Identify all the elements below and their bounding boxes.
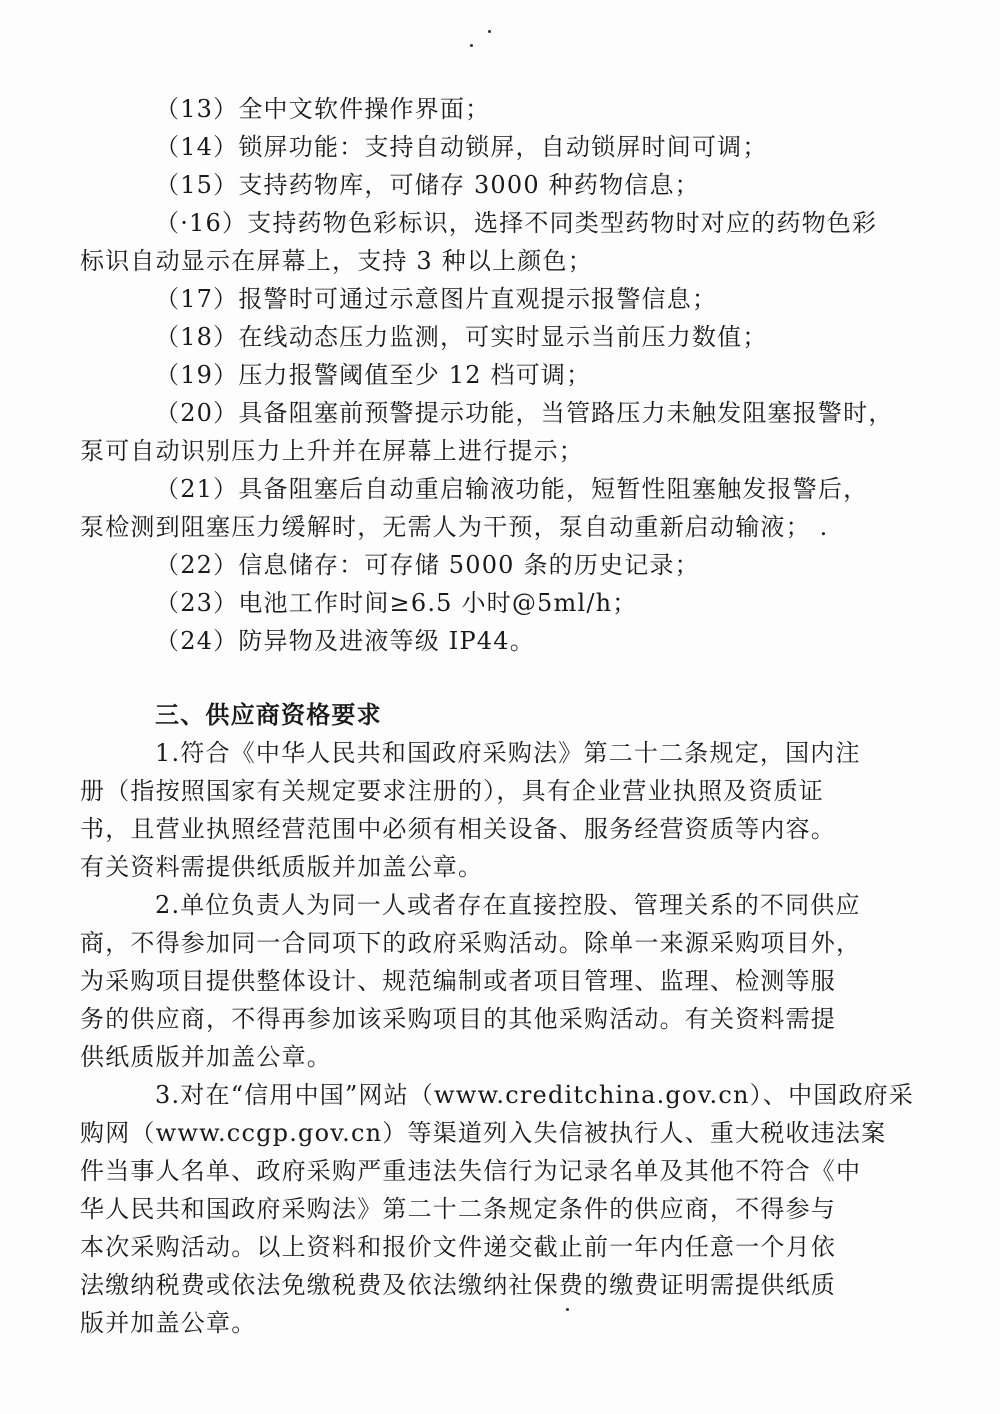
spec-item-16-cont: 标识自动显示在屏幕上，支持 3 种以上颜色； xyxy=(80,244,920,278)
spec-item-22: （22）信息储存：可存储 5000 条的历史记录； xyxy=(155,548,995,582)
para-3-line-5: 本次采购活动。以上资料和报价文件递交截止前一年内任意一个月依 xyxy=(80,1230,920,1264)
para-1-line-1: 1.符合《中华人民共和国政府采购法》第二十二条规定，国内注 xyxy=(155,736,995,770)
para-2-line-2: 商，不得参加同一合同项下的政府采购活动。除单一来源采购项目外， xyxy=(80,926,920,960)
spec-item-13: （13）全中文软件操作界面； xyxy=(155,92,995,126)
spec-item-18: （18）在线动态压力监测，可实时显示当前压力数值； xyxy=(155,320,995,354)
para-1-line-4: 有关资料需提供纸质版并加盖公章。 xyxy=(80,850,920,884)
scan-speck xyxy=(566,1308,569,1311)
spec-item-14: （14）锁屏功能：支持自动锁屏，自动锁屏时间可调； xyxy=(155,130,995,164)
spec-item-24: （24）防异物及进液等级 IP44。 xyxy=(155,624,995,658)
spec-item-20-cont: 泵可自动识别压力上升并在屏幕上进行提示； xyxy=(80,434,920,468)
para-2-line-1: 2.单位负责人为同一人或者存在直接控股、管理关系的不同供应 xyxy=(155,888,995,922)
document-page: （13）全中文软件操作界面； （14）锁屏功能：支持自动锁屏，自动锁屏时间可调；… xyxy=(0,0,1000,1414)
para-3-line-6: 法缴纳税费或依法免缴税费及依法缴纳社保费的缴费证明需提供纸质 xyxy=(80,1268,920,1302)
scan-speck xyxy=(470,44,473,47)
para-3-line-1: 3.对在“信用中国”网站（www.creditchina.gov.cn）、中国政… xyxy=(155,1078,995,1112)
para-3-line-7: 版并加盖公章。 xyxy=(80,1306,920,1340)
spec-item-19: （19）压力报警阈值至少 12 档可调； xyxy=(155,358,995,392)
scan-speck xyxy=(488,30,491,33)
para-2-line-4: 务的供应商，不得再参加该采购项目的其他采购活动。有关资料需提 xyxy=(80,1002,920,1036)
section-heading: 三、供应商资格要求 xyxy=(155,698,995,732)
para-3-line-3: 件当事人名单、政府采购严重违法失信行为记录名单及其他不符合《中 xyxy=(80,1154,920,1188)
para-3-line-4: 华人民共和国政府采购法》第二十二条规定条件的供应商，不得参与 xyxy=(80,1192,920,1226)
spec-item-23: （23）电池工作时间≥6.5 小时@5ml/h； xyxy=(155,586,995,620)
spec-item-20: （20）具备阻塞前预警提示功能，当管路压力未触发阻塞报警时， xyxy=(155,396,995,430)
para-1-line-3: 书，且营业执照经营范围中必须有相关设备、服务经营资质等内容。 xyxy=(80,812,920,846)
spec-item-21: （21）具备阻塞后自动重启输液功能，短暂性阻塞触发报警后， xyxy=(155,472,995,506)
spec-item-16: （·16）支持药物色彩标识，选择不同类型药物时对应的药物色彩 xyxy=(155,206,995,240)
para-2-line-5: 供纸质版并加盖公章。 xyxy=(80,1040,920,1074)
para-1-line-2: 册（指按照国家有关规定要求注册的），具有企业营业执照及资质证 xyxy=(80,774,920,808)
spec-item-21-cont: 泵检测到阻塞压力缓解时，无需人为干预，泵自动重新启动输液； . xyxy=(80,510,920,544)
para-3-line-2: 购网（www.ccgp.gov.cn）等渠道列入失信被执行人、重大税收违法案 xyxy=(80,1116,920,1150)
para-2-line-3: 为采购项目提供整体设计、规范编制或者项目管理、监理、检测等服 xyxy=(80,964,920,998)
spec-item-17: （17）报警时可通过示意图片直观提示报警信息； xyxy=(155,282,995,316)
spec-item-15: （15）支持药物库，可储存 3000 种药物信息； xyxy=(155,168,995,202)
